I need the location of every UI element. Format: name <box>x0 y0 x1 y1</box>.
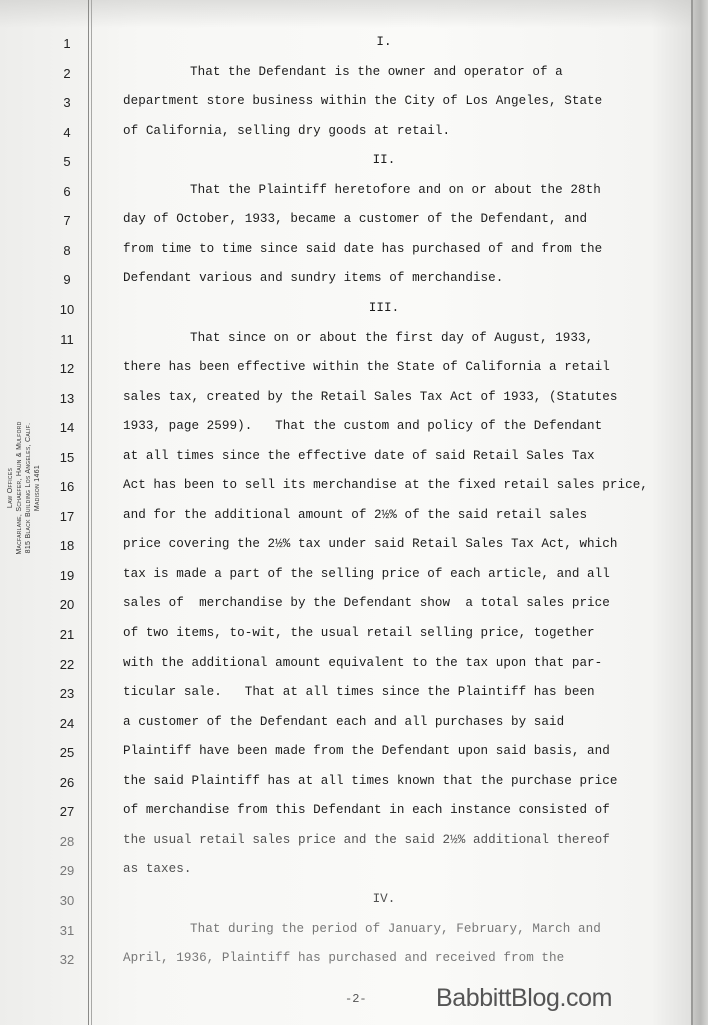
document-line: at all times since the effective date of… <box>123 449 595 463</box>
document-line: with the additional amount equivalent to… <box>123 656 602 670</box>
line-number: 32 <box>52 952 82 967</box>
document-line: That since on or about the first day of … <box>190 331 593 345</box>
document-line: and for the additional amount of 2½% of … <box>123 508 587 522</box>
document-line: the said Plaintiff has at all times know… <box>123 774 618 788</box>
document-line: Plaintiff have been made from the Defend… <box>123 744 610 758</box>
line-number: 8 <box>52 243 82 258</box>
document-line: tax is made a part of the selling price … <box>123 567 610 581</box>
document-line: IV. <box>0 892 708 906</box>
line-number: 4 <box>52 125 82 140</box>
line-number: 18 <box>52 538 82 553</box>
line-number: 16 <box>52 479 82 494</box>
line-number: 26 <box>52 775 82 790</box>
page-number: -2- <box>345 992 367 1006</box>
document-line: sales of merchandise by the Defendant sh… <box>123 596 610 610</box>
line-number: 20 <box>52 597 82 612</box>
watermark: BabbittBlog.com <box>436 984 612 1013</box>
line-number: 28 <box>52 834 82 849</box>
line-number: 11 <box>52 332 82 347</box>
document-line: That during the period of January, Febru… <box>190 922 601 936</box>
line-number: 7 <box>52 213 82 228</box>
document-line: a customer of the Defendant each and all… <box>123 715 564 729</box>
line-number: 29 <box>52 863 82 878</box>
document-line: of two items, to-wit, the usual retail s… <box>123 626 595 640</box>
line-number: 25 <box>52 745 82 760</box>
line-number: 22 <box>52 657 82 672</box>
firm-line: Law Offices <box>6 421 15 554</box>
document-line: from time to time since said date has pu… <box>123 242 602 256</box>
document-line: the usual retail sales price and the sai… <box>123 833 610 847</box>
line-number: 15 <box>52 450 82 465</box>
line-number: 17 <box>52 509 82 524</box>
line-number: 9 <box>52 272 82 287</box>
line-number: 6 <box>52 184 82 199</box>
document-line: of merchandise from this Defendant in ea… <box>123 803 610 817</box>
document-line: III. <box>0 301 708 315</box>
legal-document-page: Law Offices Macfarlane, Schaefer, Haun &… <box>0 0 708 1025</box>
document-line: sales tax, created by the Retail Sales T… <box>123 390 618 404</box>
document-line: price covering the 2½% tax under said Re… <box>123 537 618 551</box>
line-number: 14 <box>52 420 82 435</box>
line-number: 21 <box>52 627 82 642</box>
document-line: II. <box>0 153 708 167</box>
line-number: 3 <box>52 95 82 110</box>
document-line: 1933, page 2599). That the custom and po… <box>123 419 602 433</box>
document-line: Defendant various and sundry items of me… <box>123 271 503 285</box>
document-line: I. <box>0 35 708 49</box>
document-line: day of October, 1933, became a customer … <box>123 212 587 226</box>
document-line: That the Plaintiff heretofore and on or … <box>190 183 601 197</box>
line-number: 12 <box>52 361 82 376</box>
line-number: 24 <box>52 716 82 731</box>
document-line: of California, selling dry goods at reta… <box>123 124 450 138</box>
firm-line: Madison 1461 <box>33 421 42 554</box>
line-number: 31 <box>52 923 82 938</box>
firm-line: Macfarlane, Schaefer, Haun & Mulford <box>15 421 24 554</box>
line-number: 13 <box>52 391 82 406</box>
document-line: That the Defendant is the owner and oper… <box>190 65 563 79</box>
line-number: 2 <box>52 66 82 81</box>
firm-line: 815 Black Building Los Angeles, Calif. <box>24 421 33 554</box>
line-number: 19 <box>52 568 82 583</box>
document-line: April, 1936, Plaintiff has purchased and… <box>123 951 564 965</box>
document-line: ticular sale. That at all times since th… <box>123 685 595 699</box>
scan-shadow <box>0 0 708 28</box>
law-office-letterhead: Law Offices Macfarlane, Schaefer, Haun &… <box>6 421 42 554</box>
document-line: there has been effective within the Stat… <box>123 360 610 374</box>
document-line: as taxes. <box>123 862 191 876</box>
line-number: 23 <box>52 686 82 701</box>
document-line: department store business within the Cit… <box>123 94 602 108</box>
document-line: Act has been to sell its merchandise at … <box>123 478 648 492</box>
line-number: 27 <box>52 804 82 819</box>
